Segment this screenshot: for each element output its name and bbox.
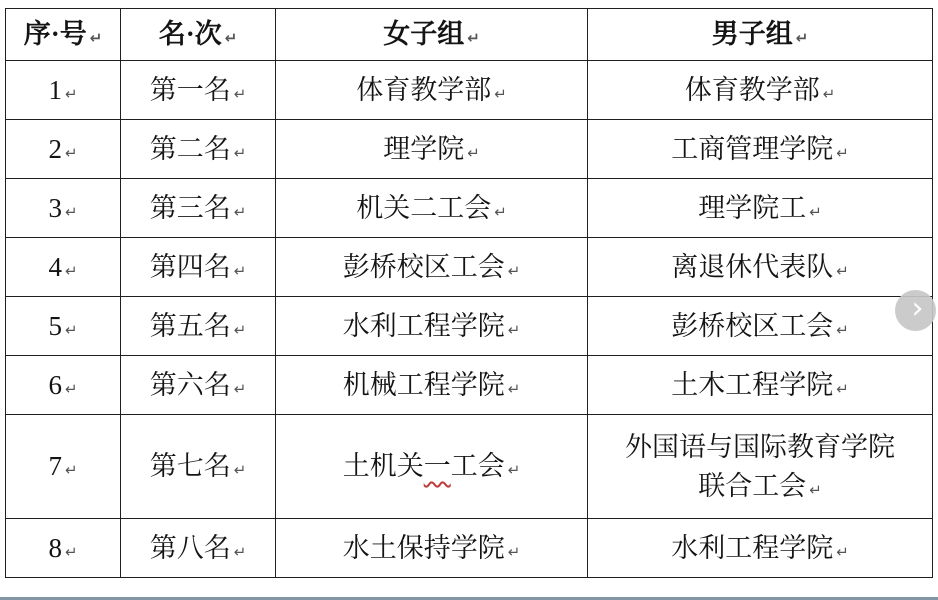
- paragraph-mark: ↵: [234, 203, 247, 221]
- paragraph-mark: ↵: [494, 203, 507, 221]
- cell-women-group: 土机关一工会↵: [276, 415, 588, 519]
- paragraph-mark: ↵: [508, 262, 521, 280]
- paragraph-mark: ↵: [65, 262, 78, 280]
- paragraph-mark: ↵: [467, 29, 480, 47]
- men-group-name: 工商管理学院: [671, 134, 833, 164]
- table-row: 6↵第六名↵机械工程学院↵土木工程学院↵: [6, 356, 933, 415]
- paragraph-mark: ↵: [508, 543, 521, 561]
- cell-rank: 第五名↵: [121, 297, 276, 356]
- rank-label: 第四名: [150, 252, 231, 282]
- men-group-name: 联合工会: [698, 471, 806, 501]
- cell-rank: 第一名↵: [121, 61, 276, 120]
- paragraph-mark: ↵: [90, 29, 103, 47]
- column-header: 名·次↵: [121, 9, 276, 61]
- paragraph-mark: ↵: [65, 321, 78, 339]
- cell-rank: 第八名↵: [121, 519, 276, 578]
- cell-text: 工会: [451, 451, 505, 481]
- column-header-label: 序·号: [24, 19, 87, 49]
- men-group-name: 彭桥校区工会: [671, 311, 833, 341]
- paragraph-mark: ↵: [836, 543, 849, 561]
- paragraph-mark: ↵: [809, 481, 822, 499]
- table-row: 1↵第一名↵体育教学部↵体育教学部↵: [6, 61, 933, 120]
- paragraph-mark: ↵: [494, 85, 507, 103]
- cell-serial-number: 8↵: [6, 519, 121, 578]
- men-group-name: 体育教学部: [685, 75, 820, 105]
- serial-number: 6: [48, 370, 62, 400]
- cell-serial-number: 4↵: [6, 238, 121, 297]
- women-group-name: 机关二工会: [356, 193, 491, 223]
- women-group-name: 机械工程学院: [343, 370, 505, 400]
- men-group-name: 理学院工: [698, 193, 806, 223]
- paragraph-mark: ↵: [508, 321, 521, 339]
- serial-number: 5: [48, 311, 62, 341]
- paragraph-mark: ↵: [234, 543, 247, 561]
- serial-number: 8: [48, 533, 62, 563]
- cell-serial-number: 6↵: [6, 356, 121, 415]
- cell-rank: 第六名↵: [121, 356, 276, 415]
- paragraph-mark: ↵: [65, 543, 78, 561]
- serial-number: 2: [48, 134, 62, 164]
- men-group-name: 土木工程学院: [671, 370, 833, 400]
- paragraph-mark: ↵: [796, 29, 809, 47]
- paragraph-mark: ↵: [234, 321, 247, 339]
- document-page: 序·号↵名·次↵女子组↵男子组↵ 1↵第一名↵体育教学部↵体育教学部↵2↵第二名…: [0, 0, 938, 600]
- women-group-name: 水土保持学院: [343, 533, 505, 563]
- cell-serial-number: 2↵: [6, 120, 121, 179]
- paragraph-mark: ↵: [234, 380, 247, 398]
- paragraph-mark: ↵: [234, 461, 247, 479]
- ranking-table: 序·号↵名·次↵女子组↵男子组↵ 1↵第一名↵体育教学部↵体育教学部↵2↵第二名…: [5, 8, 933, 578]
- column-header-label: 男子组: [712, 19, 793, 49]
- paragraph-mark: ↵: [65, 461, 78, 479]
- cell-men-group: 彭桥校区工会↵: [588, 297, 933, 356]
- paragraph-mark: ↵: [836, 380, 849, 398]
- cell-rank: 第七名↵: [121, 415, 276, 519]
- paragraph-mark: ↵: [65, 203, 78, 221]
- column-header-label: 女子组: [383, 19, 464, 49]
- table-row: 8↵第八名↵水土保持学院↵水利工程学院↵: [6, 519, 933, 578]
- women-group-name: 体育教学部: [356, 75, 491, 105]
- paragraph-mark: ↵: [234, 85, 247, 103]
- cell-text: 土机关: [343, 451, 424, 481]
- serial-number: 1: [48, 75, 62, 105]
- cell-women-group: 机械工程学院↵: [276, 356, 588, 415]
- cell-women-group: 机关二工会↵: [276, 179, 588, 238]
- paragraph-mark: ↵: [508, 380, 521, 398]
- cell-men-group: 离退休代表队↵: [588, 238, 933, 297]
- cell-men-group: 水利工程学院↵: [588, 519, 933, 578]
- paragraph-mark: ↵: [225, 29, 238, 47]
- paragraph-mark: ↵: [836, 321, 849, 339]
- cell-rank: 第二名↵: [121, 120, 276, 179]
- rank-label: 第八名: [150, 533, 231, 563]
- cell-men-group: 土木工程学院↵: [588, 356, 933, 415]
- table-row: 4↵第四名↵彭桥校区工会↵离退休代表队↵: [6, 238, 933, 297]
- men-group-name: 外国语与国际教育学院: [592, 428, 928, 467]
- cell-line: 联合工会↵: [592, 467, 928, 506]
- table-row: 2↵第二名↵理学院↵工商管理学院↵: [6, 120, 933, 179]
- column-header-label: 名·次: [159, 19, 222, 49]
- column-header: 女子组↵: [276, 9, 588, 61]
- men-group-name: 水利工程学院: [671, 533, 833, 563]
- paragraph-mark: ↵: [823, 85, 836, 103]
- rank-label: 第二名: [150, 134, 231, 164]
- cell-women-group: 体育教学部↵: [276, 61, 588, 120]
- misspelled-text: 一: [424, 451, 451, 481]
- paragraph-mark: ↵: [234, 262, 247, 280]
- cell-men-group: 理学院工↵: [588, 179, 933, 238]
- cell-women-group: 水利工程学院↵: [276, 297, 588, 356]
- serial-number: 7: [48, 451, 62, 481]
- cell-serial-number: 3↵: [6, 179, 121, 238]
- cell-rank: 第四名↵: [121, 238, 276, 297]
- table-body: 1↵第一名↵体育教学部↵体育教学部↵2↵第二名↵理学院↵工商管理学院↵3↵第三名…: [6, 61, 933, 578]
- women-group-name: 理学院: [383, 134, 464, 164]
- paragraph-mark: ↵: [836, 144, 849, 162]
- cell-men-group: 外国语与国际教育学院联合工会↵: [588, 415, 933, 519]
- paragraph-mark: ↵: [836, 262, 849, 280]
- cell-serial-number: 7↵: [6, 415, 121, 519]
- table-header-row: 序·号↵名·次↵女子组↵男子组↵: [6, 9, 933, 61]
- cell-women-group: 理学院↵: [276, 120, 588, 179]
- rank-label: 第七名: [150, 451, 231, 481]
- paragraph-mark: ↵: [809, 203, 822, 221]
- table-row: 3↵第三名↵机关二工会↵理学院工↵: [6, 179, 933, 238]
- rank-label: 第一名: [150, 75, 231, 105]
- rank-label: 第五名: [150, 311, 231, 341]
- cell-serial-number: 1↵: [6, 61, 121, 120]
- cell-serial-number: 5↵: [6, 297, 121, 356]
- paragraph-mark: ↵: [234, 144, 247, 162]
- paragraph-mark: ↵: [65, 380, 78, 398]
- serial-number: 4: [48, 252, 62, 282]
- men-group-name: 离退休代表队: [671, 252, 833, 282]
- paragraph-mark: ↵: [467, 144, 480, 162]
- rank-label: 第六名: [150, 370, 231, 400]
- cell-women-group: 水土保持学院↵: [276, 519, 588, 578]
- women-group-name: 彭桥校区工会: [343, 252, 505, 282]
- paragraph-mark: ↵: [65, 144, 78, 162]
- next-button[interactable]: ›: [895, 290, 936, 331]
- cell-men-group: 工商管理学院↵: [588, 120, 933, 179]
- serial-number: 3: [48, 193, 62, 223]
- table-row: 5↵第五名↵水利工程学院↵彭桥校区工会↵: [6, 297, 933, 356]
- cell-men-group: 体育教学部↵: [588, 61, 933, 120]
- table-row: 7↵第七名↵土机关一工会↵外国语与国际教育学院联合工会↵: [6, 415, 933, 519]
- cell-women-group: 彭桥校区工会↵: [276, 238, 588, 297]
- chevron-right-icon: ›: [912, 294, 924, 324]
- table-header-row: 序·号↵名·次↵女子组↵男子组↵: [6, 9, 933, 61]
- rank-label: 第三名: [150, 193, 231, 223]
- column-header: 男子组↵: [588, 9, 933, 61]
- paragraph-mark: ↵: [65, 85, 78, 103]
- paragraph-mark: ↵: [508, 461, 521, 479]
- women-group-name: 水利工程学院: [343, 311, 505, 341]
- cell-rank: 第三名↵: [121, 179, 276, 238]
- column-header: 序·号↵: [6, 9, 121, 61]
